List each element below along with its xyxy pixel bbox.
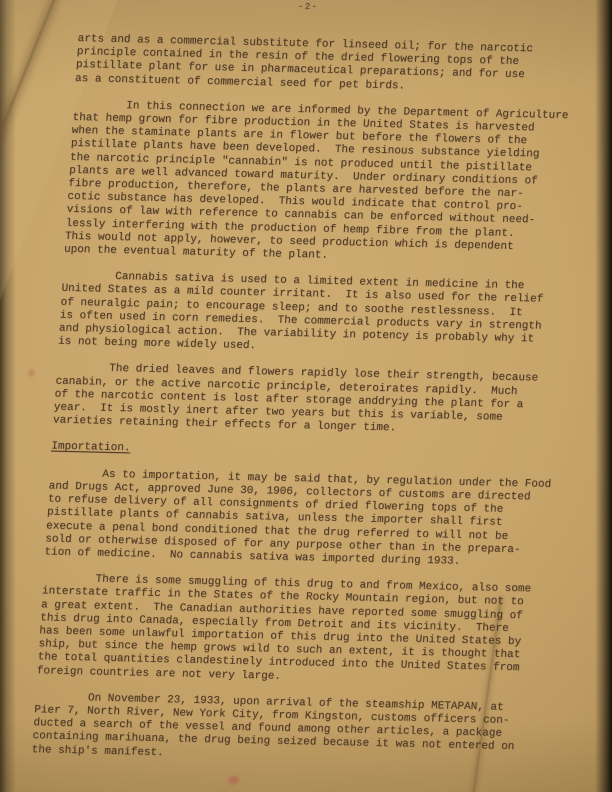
paragraph: The dried leaves and flowers rapidly los… (52, 362, 581, 440)
text-line: Importation. (51, 441, 577, 466)
section-heading: Importation. (51, 441, 577, 466)
paragraph: arts and as a commercial substitute for … (75, 33, 603, 98)
page-number: -2- (298, 1, 318, 12)
red-ink-smudge (227, 775, 240, 786)
paragraph: Cannabis sativa is used to a limited ext… (58, 270, 588, 361)
paragraph: On November 23, 1933, upon arrival of th… (31, 691, 560, 769)
red-ink-dot (29, 370, 34, 376)
paragraph: In this connection we are informed by th… (64, 99, 599, 269)
diagonal-crease (0, 0, 61, 293)
paragraph: There is some smuggling of this drug to … (36, 572, 568, 689)
paragraph: As to importation, it may be said that, … (44, 467, 575, 571)
paper-page: -2- arts and as a commercial substitute … (0, 0, 612, 792)
document-text: arts and as a commercial substitute for … (31, 33, 603, 769)
